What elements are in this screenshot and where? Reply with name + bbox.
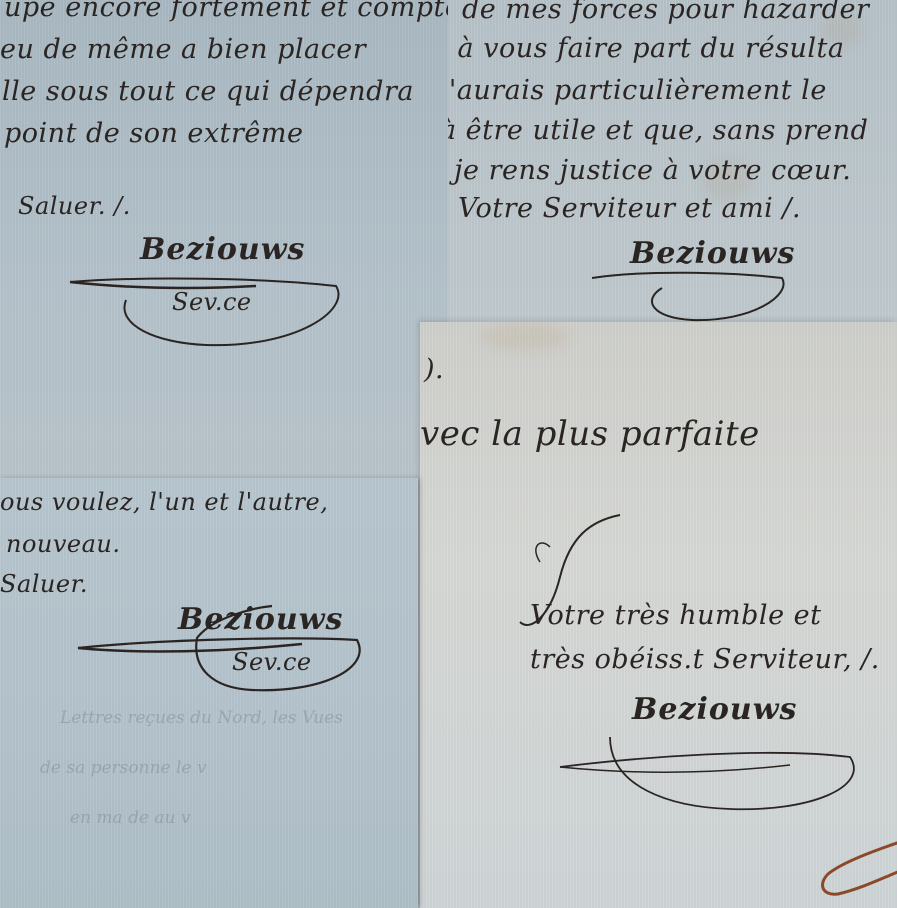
letter-line: eu de même a bien placer bbox=[0, 34, 366, 65]
letter-line: j'aurais particulièrement le bbox=[440, 75, 827, 106]
paper-stain bbox=[480, 322, 570, 352]
letter-line: e à vous faire part du résulta bbox=[432, 33, 844, 64]
bleed-through-text: Lettres reçues du Nord, les Vues bbox=[60, 708, 343, 728]
rust-ink-flourish bbox=[810, 834, 897, 908]
letter-line: de mes forces pour hazarder bbox=[462, 0, 869, 25]
signature: Beziouws bbox=[632, 692, 797, 727]
letter-line: , je rens justice à votre cœur. bbox=[436, 155, 851, 186]
letter-sheet-top-right: de mes forces pour hazarder e à vous fai… bbox=[432, 0, 897, 330]
bleed-through-text: en ma de au v bbox=[70, 808, 191, 828]
letter-line: point de son extrême bbox=[4, 118, 303, 149]
letter-line: ). bbox=[424, 354, 444, 385]
letter-line: ous voulez, l'un et l'autre, bbox=[0, 488, 328, 516]
signature-sub: Sev.ce bbox=[232, 648, 312, 676]
bleed-through-text: de sa personne le v bbox=[40, 758, 207, 778]
letter-line: à être utile et que, sans prend bbox=[440, 115, 868, 146]
letter-line: lle sous tout ce qui dépendra bbox=[2, 76, 414, 107]
signature: Beziouws bbox=[140, 232, 305, 267]
closing-line: Votre très humble et bbox=[530, 600, 821, 631]
letter-closing: Saluer. /. bbox=[18, 192, 131, 220]
letter-sheet-top-left: upe encore fortement et compte eu de mêm… bbox=[0, 0, 448, 480]
letter-line: nouveau. bbox=[6, 530, 121, 558]
closing-line: très obéiss.t Serviteur, /. bbox=[530, 644, 880, 675]
letter-sheet-bottom-right: ). vec la plus parfaite Votre très humbl… bbox=[420, 322, 897, 908]
letter-line: upe encore fortement et compte bbox=[4, 0, 448, 23]
signature: Beziouws bbox=[630, 236, 795, 271]
signature: Beziouws bbox=[178, 602, 343, 637]
letter-closing: Saluer. bbox=[0, 570, 88, 598]
signature-flourish bbox=[72, 578, 372, 708]
letter-closing: Votre Serviteur et ami /. bbox=[458, 193, 801, 224]
letter-sheet-bottom-left: Lettres reçues du Nord, les Vues de sa p… bbox=[0, 478, 418, 908]
letter-line: vec la plus parfaite bbox=[420, 414, 760, 454]
signature-sub: Sev.ce bbox=[172, 288, 252, 316]
signature-flourish bbox=[550, 727, 880, 887]
